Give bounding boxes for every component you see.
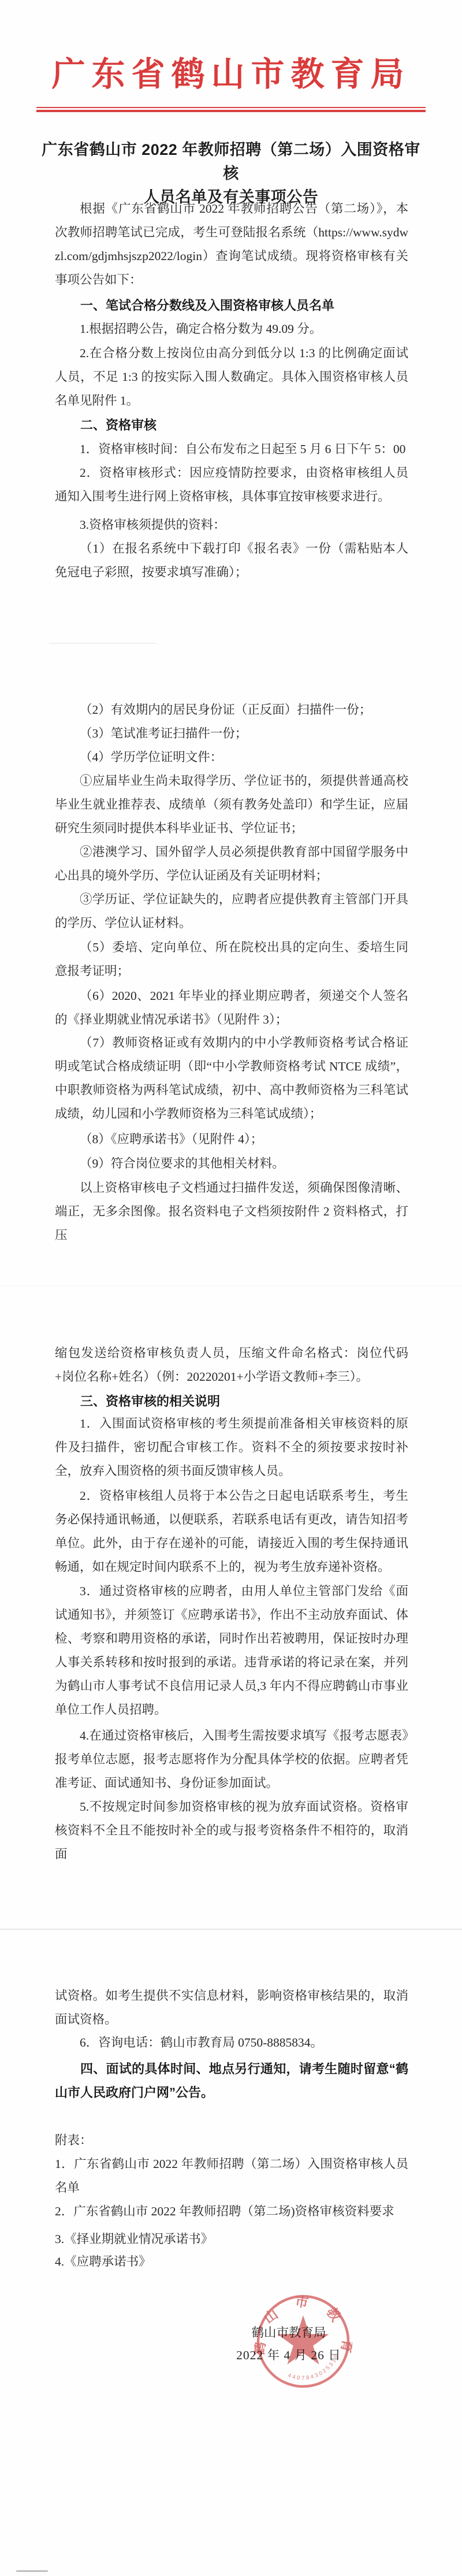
para-s2-note-part2: 缩包发送给资格审核负责人员，压缩文件命名格式：岗位代码+岗位名称+姓名）（例：2… xyxy=(55,1341,408,1389)
letterhead-agency-name: 广东省鹤山市教育局 xyxy=(0,56,462,93)
letterhead-red-rule-thin xyxy=(36,107,426,108)
para-s2-2: 2．资格审核形式：因应疫情防控要求，由资格审核组人员通知入围考生进行网上资格审核… xyxy=(55,461,408,509)
scan-edge-artifact xyxy=(16,2570,48,2572)
section3-heading: 三、资格审核的相关说明 xyxy=(55,1389,408,1413)
page-boundary-line-faint xyxy=(0,1285,462,1286)
para-s2-item8: （8）《应聘承诺书》（见附件 4）； xyxy=(55,1128,408,1151)
para-s2-item2: （2）有效期内的居民身份证（正反面）扫描件一份； xyxy=(55,698,408,722)
para-s1-2: 2.在合格分数上按岗位由高分到低分以 1:3 的比例确定面试人员，不足 1:3 … xyxy=(55,342,408,413)
attachments-label: 附表： xyxy=(55,2129,408,2152)
attachment-3: 3.《择业期就业情况承诺书》 xyxy=(55,2227,408,2251)
para-s3-3: 3．通过资格审核的应聘者，由用人单位主管部门发给《面试通知书》，并须签订《应聘承… xyxy=(55,1580,408,1722)
scan-smudge-artifact xyxy=(49,643,156,644)
para-s2-item4a: ①应届毕业生尚未取得学历、学位证书的，须提供普通高校毕业生就业推荐表、成绩单（须… xyxy=(55,769,408,840)
document-title-line1: 广东省鹤山市 2022 年教师招聘（第二场）入围资格审核 xyxy=(35,138,427,186)
para-s3-5-part1: 5.不按规定时间参加资格审核的视为放弃面试资格。资格审核资料不全且不能按时补全的… xyxy=(55,1795,408,1866)
seal-star-icon xyxy=(277,2315,329,2364)
para-s2-item4b: ②港澳学习、国外留学人员必须提供教育部中国留学服务中心出具的境外学历、学位认证函… xyxy=(55,840,408,888)
section1-heading: 一、笔试合格分数线及入围资格审核人员名单 xyxy=(55,294,408,317)
para-s3-6: 6．咨询电话：鹤山市教育局 0750-8885834。 xyxy=(55,2031,408,2055)
para-s3-1: 1．入围面试资格审核的考生须提前准备相关审核资料的原件及扫描件，密切配合审核工作… xyxy=(55,1412,408,1483)
para-s2-item4: （4）学历学位证明文件： xyxy=(55,746,408,769)
para-s2-item6: （6）2020、2021 年毕业的择业期应聘者，须递交个人签名的《择业期就业情况… xyxy=(55,984,408,1032)
para-intro: 根据《广东省鹤山市 2022 年教师招聘公告（第二场）》，本次教师招聘笔试已完成… xyxy=(55,197,408,292)
attachment-1: 1．广东省鹤山市 2022 年教师招聘（第二场）入围资格审核人员名单 xyxy=(55,2152,408,2200)
official-seal-stamp: 鹤山市教育局 4407843025319 xyxy=(254,2292,352,2390)
para-s3-2: 2．资格审核组人员将于本公告之日起电话联系考生，考生务必保持通讯畅通，以便联系，… xyxy=(55,1484,408,1579)
para-s2-item5: （5）委培、定向单位、所在院校出具的定向生、委培生同意报考证明； xyxy=(55,936,408,983)
para-s3-4: 4.在通过资格审核后，入围考生需按要求填写《报考志愿表》报考单位志愿，报考志愿将… xyxy=(55,1724,408,1795)
section4-paragraph: 四、面试的具体时间、地点另行通知，请考生随时留意“鹤山市人民政府门户网”公告。 xyxy=(55,2057,408,2104)
para-s2-item4c: ③学历证、学位证缺失的，应聘者应提供教育主管部门开具的学历、学位认证材料。 xyxy=(55,888,408,935)
attachment-4: 4.《应聘承诺书》 xyxy=(55,2250,408,2274)
para-s2-3: 3.资格审核须提供的资料： xyxy=(55,513,408,537)
attachment-2: 2．广东省鹤山市 2022 年教师招聘（第二场)资格审核资料要求 xyxy=(55,2200,408,2223)
para-s2-item7: （7）教师资格证或有效期内的中小学教师资格考试合格证明或笔试合格成绩证明（即“中… xyxy=(55,1031,408,1126)
para-s2-note-part1: 以上资格审核电子文档通过扫描件发送，须确保图像清晰、端正，无多余图像。报名资料电… xyxy=(55,1176,408,1247)
letterhead-red-rule-thick xyxy=(36,110,426,112)
para-s2-item1: （1）在报名系统中下载打印《报名表》一份（需粘贴本人免冠电子彩照，按要求填写准确… xyxy=(55,537,408,584)
para-s2-1: 1．资格审核时间：自公布发布之日起至 5 月 6 日下午 5：00 xyxy=(55,438,408,461)
section2-heading: 二、资格审核 xyxy=(55,413,408,437)
para-s2-item9: （9）符合岗位要求的其他相关材料。 xyxy=(55,1152,408,1176)
para-s1-1: 1.根据招聘公告，确定合格分数为 49.09 分。 xyxy=(55,317,408,341)
page-boundary-line xyxy=(0,1929,462,1930)
scanned-document-page: 广东省鹤山市教育局 广东省鹤山市 2022 年教师招聘（第二场）入围资格审核 人… xyxy=(0,0,462,2576)
para-s2-item3: （3）笔试准考证扫描件一份； xyxy=(55,722,408,746)
para-s3-5-part2: 试资格。如考生提供不实信息材料，影响资格审核结果的，取消面试资格。 xyxy=(55,1984,408,2032)
